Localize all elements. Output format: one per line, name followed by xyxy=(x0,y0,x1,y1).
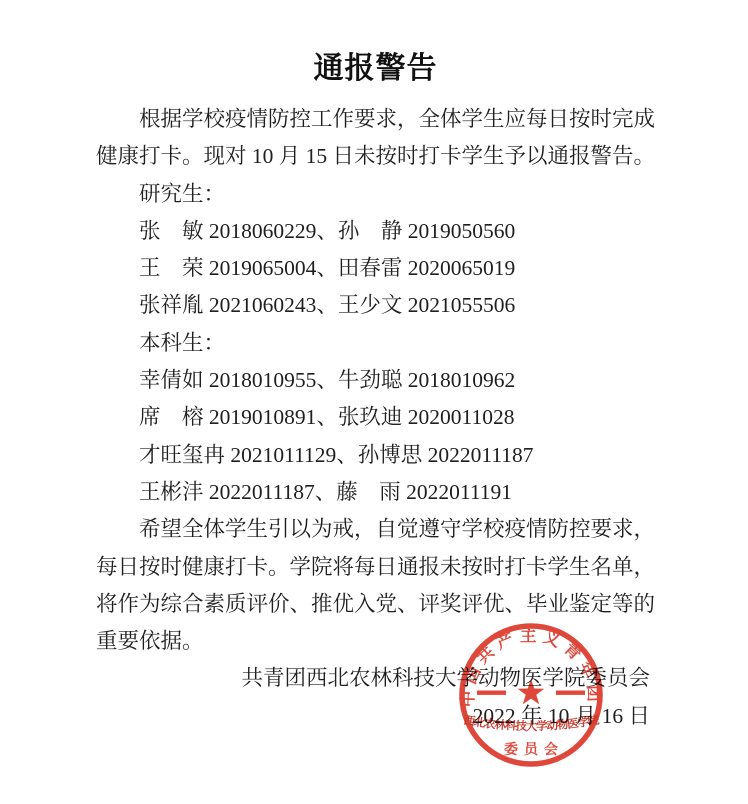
graduate-row-1: 张 敏 2018060229、孙 静 2019050560 xyxy=(96,213,655,250)
undergrad-section-label: 本科生： xyxy=(96,325,655,362)
undergrad-row-3: 才旺玺冉 2021011129、孙博思 2022011187 xyxy=(96,437,655,474)
intro-line-2: 健康打卡。现对 10 月 15 日未按时打卡学生予以通报警告。 xyxy=(96,138,655,175)
graduate-row-3: 张祥胤 2021060243、王少文 2021055506 xyxy=(96,287,655,324)
undergrad-row-2: 席 榕 2019010891、张玖迪 2020011028 xyxy=(96,399,655,436)
date-line: 2022 年 10 月 16 日 xyxy=(96,698,655,735)
intro-line-1: 根据学校疫情防控工作要求，全体学生应每日按时完成 xyxy=(96,101,655,138)
notice-title-text: 通报警告 xyxy=(314,52,438,85)
graduate-section-label: 研究生： xyxy=(96,176,655,213)
graduate-row-2: 王 荣 2019065004、田春雷 2020065019 xyxy=(96,250,655,287)
closing-line-2: 每日按时健康打卡。学院将每日通报未按时打卡学生名单， xyxy=(96,549,655,586)
closing-line-3: 将作为综合素质评价、推优入党、评奖评优、毕业鉴定等的 xyxy=(96,586,655,623)
seal-committee-text: 委员会 xyxy=(504,741,564,757)
closing-line-4: 重要依据。 xyxy=(96,623,655,660)
undergrad-row-1: 幸倩如 2018010955、牛劲聪 2018010962 xyxy=(96,362,655,399)
undergrad-row-4: 王彬沣 2022011187、藤 雨 2022011191 xyxy=(96,474,655,511)
signature-line: 共青团西北农林科技大学动物医学院委员会 xyxy=(96,660,655,697)
notice-title: 通报警告 xyxy=(96,48,655,90)
closing-line-1: 希望全体学生引以为戒，自觉遵守学校疫情防控要求， xyxy=(96,511,655,548)
notice-page: 通报警告 根据学校疫情防控工作要求，全体学生应每日按时完成 健康打卡。现对 10… xyxy=(0,0,748,804)
